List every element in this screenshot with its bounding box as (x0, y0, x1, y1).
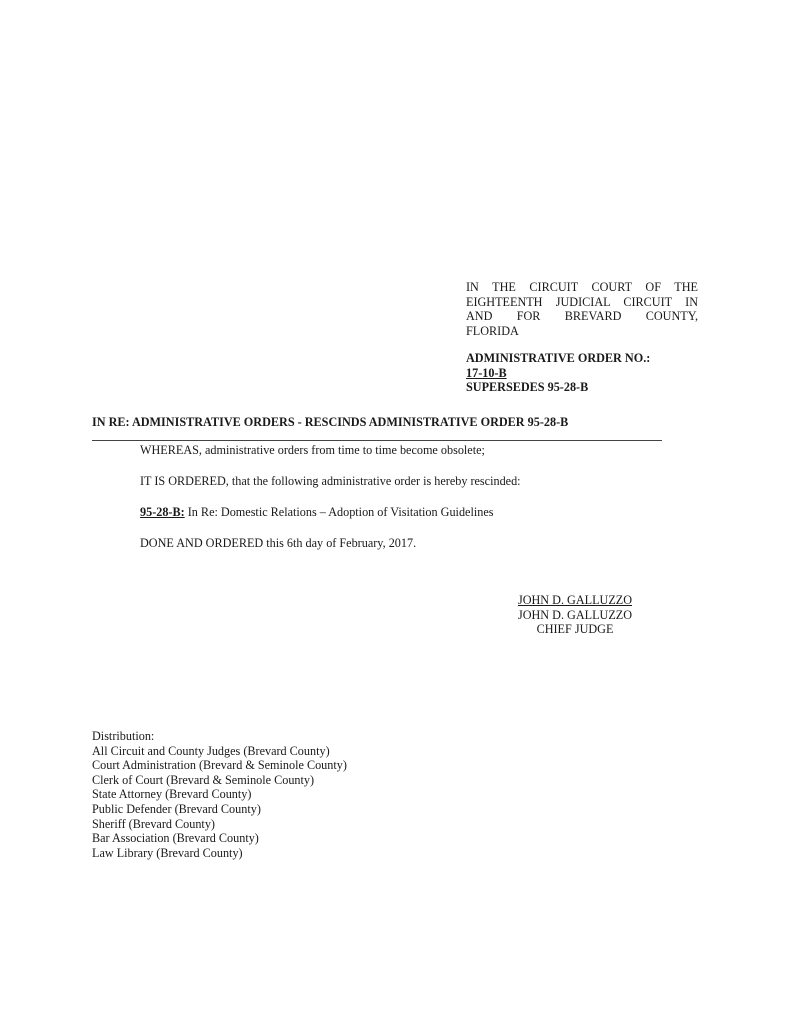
list-item: State Attorney (Brevard County) (92, 787, 347, 802)
ordered-paragraph: IT IS ORDERED, that the following admini… (140, 474, 521, 489)
order-number: 17-10-B (466, 366, 650, 381)
court-caption: IN THE CIRCUIT COURT OF THE EIGHTEENTH J… (466, 280, 698, 338)
caption-line: AND FOR BREVARD COUNTY, (466, 309, 698, 324)
distribution-heading: Distribution: (92, 729, 347, 744)
list-item: Court Administration (Brevard & Seminole… (92, 758, 347, 773)
list-item: Public Defender (Brevard County) (92, 802, 347, 817)
done-paragraph: DONE AND ORDERED this 6th day of Februar… (140, 536, 416, 551)
caption-line: IN THE CIRCUIT COURT OF THE (466, 280, 698, 295)
order-number-block: ADMINISTRATIVE ORDER NO.: 17-10-B SUPERS… (466, 351, 650, 395)
judge-title: CHIEF JUDGE (490, 622, 660, 637)
rescinded-order-number: 95-28-B: (140, 505, 185, 519)
list-item: Bar Association (Brevard County) (92, 831, 347, 846)
list-item: Law Library (Brevard County) (92, 846, 347, 861)
caption-line: FLORIDA (466, 324, 698, 339)
printed-name: JOHN D. GALLUZZO (490, 608, 660, 623)
list-item: Sheriff (Brevard County) (92, 817, 347, 832)
rescinded-item: 95-28-B: In Re: Domestic Relations – Ado… (140, 505, 493, 520)
order-title: ADMINISTRATIVE ORDER NO.: (466, 351, 650, 366)
in-re-heading: IN RE: ADMINISTRATIVE ORDERS - RESCINDS … (92, 415, 568, 430)
rescinded-order-description: In Re: Domestic Relations – Adoption of … (185, 505, 494, 519)
divider (92, 440, 662, 441)
caption-line: EIGHTEENTH JUDICIAL CIRCUIT IN (466, 295, 698, 310)
list-item: Clerk of Court (Brevard & Seminole Count… (92, 773, 347, 788)
list-item: All Circuit and County Judges (Brevard C… (92, 744, 347, 759)
signature-block: JOHN D. GALLUZZO JOHN D. GALLUZZO CHIEF … (490, 593, 660, 637)
supersedes: SUPERSEDES 95-28-B (466, 380, 650, 395)
whereas-paragraph: WHEREAS, administrative orders from time… (140, 443, 485, 458)
distribution-list: Distribution: All Circuit and County Jud… (92, 729, 347, 860)
signed-name: JOHN D. GALLUZZO (490, 593, 660, 608)
